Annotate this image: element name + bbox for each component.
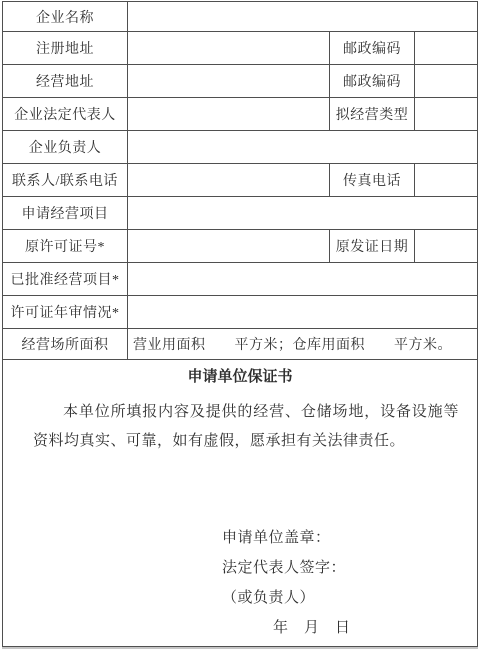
signature-line[interactable]: 法定代表人签字： xyxy=(222,553,477,583)
application-form-table: 企业名称 注册地址 邮政编码 经营地址 邮政编码 企业法定代表人 拟经营类型 xyxy=(2,1,478,647)
table-row: 企业名称 xyxy=(3,2,478,32)
label-applied-business-items: 申请经营项目 xyxy=(3,197,128,230)
table-row: 原许可证号* 原发证日期 xyxy=(3,230,478,263)
signature-block: 申请单位盖章： 法定代表人签字： （或负责人） 年 月 日 xyxy=(222,523,477,643)
field-registered-address[interactable] xyxy=(128,32,330,65)
field-original-issue-date[interactable] xyxy=(415,230,478,263)
label-premises-area: 经营场所面积 xyxy=(3,329,128,360)
field-person-in-charge[interactable] xyxy=(128,131,478,164)
label-proposed-business-type: 拟经营类型 xyxy=(330,98,415,131)
field-license-annual-review[interactable] xyxy=(128,296,478,329)
label-original-issue-date: 原发证日期 xyxy=(330,230,415,263)
table-row: 许可证年审情况* xyxy=(3,296,478,329)
label-license-annual-review: 许可证年审情况* xyxy=(3,296,128,329)
field-applied-business-items[interactable] xyxy=(128,197,478,230)
field-legal-representative[interactable] xyxy=(128,98,330,131)
field-enterprise-name[interactable] xyxy=(128,2,478,32)
field-proposed-business-type[interactable] xyxy=(415,98,478,131)
field-original-license-no[interactable] xyxy=(128,230,330,263)
field-postal-code-1[interactable] xyxy=(415,32,478,65)
seal-line[interactable]: 申请单位盖章： xyxy=(222,523,477,553)
label-approved-business-items: 已批准经营项目* xyxy=(3,263,128,296)
field-approved-business-items[interactable] xyxy=(128,263,478,296)
label-legal-representative: 企业法定代表人 xyxy=(3,98,128,131)
table-row: 已批准经营项目* xyxy=(3,263,478,296)
label-person-in-charge: 企业负责人 xyxy=(3,131,128,164)
table-row: 申请经营项目 xyxy=(3,197,478,230)
label-registered-address: 注册地址 xyxy=(3,32,128,65)
guarantee-title: 申请单位保证书 xyxy=(3,367,477,387)
date-line[interactable]: 年 月 日 xyxy=(273,613,477,643)
label-postal-code-1: 邮政编码 xyxy=(330,32,415,65)
signature-alt-line: （或负责人） xyxy=(222,583,477,613)
guarantee-section-row: 申请单位保证书 本单位所填报内容及提供的经营、仓储场地，设备设施等资料均真实、可… xyxy=(3,360,478,647)
field-fax-phone[interactable] xyxy=(415,164,478,197)
table-row: 企业法定代表人 拟经营类型 xyxy=(3,98,478,131)
label-original-license-no: 原许可证号* xyxy=(3,230,128,263)
table-row: 企业负责人 xyxy=(3,131,478,164)
guarantee-section: 申请单位保证书 本单位所填报内容及提供的经营、仓储场地，设备设施等资料均真实、可… xyxy=(3,360,478,647)
label-business-address: 经营地址 xyxy=(3,65,128,98)
field-business-address[interactable] xyxy=(128,65,330,98)
guarantee-body-text: 本单位所填报内容及提供的经营、仓储场地，设备设施等资料均真实、可靠，如有虚假，愿… xyxy=(33,398,459,456)
label-postal-code-2: 邮政编码 xyxy=(330,65,415,98)
table-row: 经营场所面积 营业用面积 平方米；仓库用面积 平方米。 xyxy=(3,329,478,360)
table-row: 经营地址 邮政编码 xyxy=(3,65,478,98)
table-row: 注册地址 邮政编码 xyxy=(3,32,478,65)
label-fax-phone: 传真电话 xyxy=(330,164,415,197)
application-form-page: 企业名称 注册地址 邮政编码 经营地址 邮政编码 企业法定代表人 拟经营类型 xyxy=(0,0,479,650)
field-premises-area-detail[interactable]: 营业用面积 平方米；仓库用面积 平方米。 xyxy=(128,329,478,360)
label-enterprise-name: 企业名称 xyxy=(3,2,128,32)
field-postal-code-2[interactable] xyxy=(415,65,478,98)
label-contact-phone: 联系人/联系电话 xyxy=(3,164,128,197)
field-contact-phone[interactable] xyxy=(128,164,330,197)
table-row: 联系人/联系电话 传真电话 xyxy=(3,164,478,197)
